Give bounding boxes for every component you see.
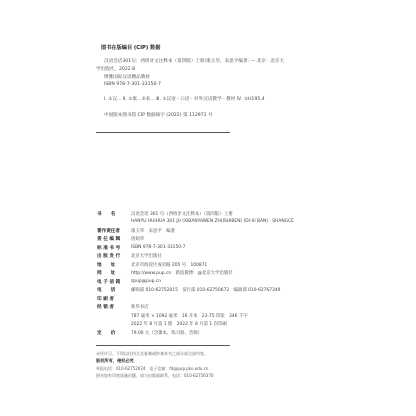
- value-website[interactable]: http://www.pup.cn 新浪微博：@北京大学出版社: [131, 270, 233, 276]
- label-website: 网 址: [97, 270, 115, 276]
- cip-record-number: 中国版本图书馆 CIP 数据核字 (2022) 第 112971 号: [104, 112, 213, 118]
- label-publisher: 出 版 发 行: [97, 253, 120, 259]
- label-phone: 电 话: [97, 287, 115, 293]
- value-editor: 唐娟华: [131, 236, 144, 242]
- label-distributor: 经 销 者: [97, 304, 114, 310]
- quality-contact: 图书如有印装质量问题，请与出版部联系，电话：010-62756370: [96, 373, 213, 379]
- rights-reserved: 版权所有，侵权必究: [96, 358, 134, 364]
- cip-line: 汉语会话301句：西班牙文注释本（第四版）上册/康玉华，来思平编著. — 北京：…: [104, 58, 284, 64]
- value-title: 汉语会话 301 句（西班牙文注释本）（第四版）· 上册: [131, 211, 233, 217]
- value-distributor: 新华书店: [131, 304, 149, 310]
- label-author: 著作责任者: [97, 228, 120, 234]
- label-price: 定 价: [97, 330, 115, 336]
- label-address: 地 址: [97, 262, 115, 268]
- label-printer: 印 刷 者: [97, 296, 114, 302]
- report-contact: 举报电话：010-62752024 电子信箱：fd@pup.pku.edu.cn: [96, 366, 208, 372]
- value-address: 北京市海淀区成府路 205 号 100871: [131, 262, 207, 268]
- cip-line: ISBN 978-7-301-33150-7: [104, 82, 161, 87]
- cip-title: 图书在版编目 (CIP) 数据: [101, 44, 160, 51]
- label-editor: 责 任 编 辑: [97, 236, 120, 242]
- label-title: 书 名: [97, 211, 115, 217]
- value-email[interactable]: zpup@pup.cn: [131, 279, 161, 284]
- label-email: 电 子 信 箱: [97, 279, 120, 285]
- value-price: 79.00 元（含课本、练习册、音频）: [131, 330, 202, 336]
- value-publisher: 北京大学出版社: [131, 253, 162, 259]
- value-title-pinyin: HANYU HUIHUA 301 JU (XIBANYAWEN ZHUSHIBE…: [131, 219, 294, 224]
- value-phone: 邮购部 010-62752015 发行部 010-62750672 编辑部 01…: [131, 287, 280, 293]
- cip-line: 博雅国际汉语精品教材: [104, 74, 150, 80]
- divider: [96, 345, 230, 346]
- label-isbn: 标 准 书 号: [97, 245, 120, 251]
- cip-line: 学出版社，2022.8: [96, 66, 135, 72]
- value-edition: 2022 年 8 月第 1 版 2022 年 8 月第 1 次印刷: [131, 321, 227, 327]
- copyright-notice: 未经许可，不得以任何方式复制或抄袭本书之部分或全部内容。: [96, 351, 208, 357]
- cip-classification: Ⅰ. ①汉… Ⅱ. ①康…②来… Ⅲ. ①汉语 - 口语 - 对外汉语教学 - …: [104, 96, 265, 102]
- value-isbn: ISBN 978-7-301-33150-7: [131, 245, 185, 250]
- value-author: 康玉华 来思平 编著: [131, 228, 175, 234]
- divider: [96, 132, 230, 133]
- value-format: 787 毫米 × 1092 毫米 16 开本 23.75 印张 346 千字: [131, 313, 248, 319]
